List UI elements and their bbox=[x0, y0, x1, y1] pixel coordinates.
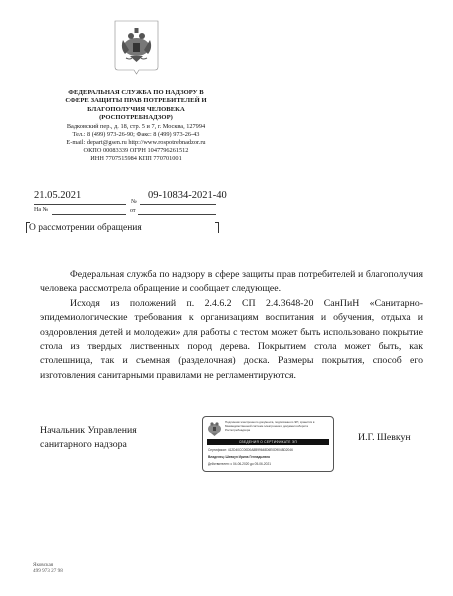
org-name: ФЕДЕРАЛЬНАЯ СЛУЖБА ПО НАДЗОРУ В СФЕРЕ ЗА… bbox=[40, 89, 232, 123]
org-contacts: Вадковский пер., д. 18, стр. 5 и 7, г. М… bbox=[40, 123, 232, 163]
email-label: E-mail: bbox=[66, 139, 86, 146]
russian-coat-of-arms-icon bbox=[114, 20, 159, 76]
electronic-signature-stamp: Подлинник электронного документа, подпис… bbox=[202, 416, 334, 472]
in-reply-label: На № bbox=[34, 207, 48, 213]
position-line: Начальник Управления bbox=[40, 424, 137, 438]
date-underline bbox=[34, 204, 126, 205]
document-date: 21.05.2021 bbox=[34, 190, 81, 201]
org-name-line: БЛАГОПОЛУЧИЯ ЧЕЛОВЕКА bbox=[40, 106, 232, 114]
document-number: 09-10834-2021-40 bbox=[148, 190, 227, 201]
number-label: № bbox=[131, 199, 137, 205]
signatory-name: И.Г. Шевкун bbox=[358, 432, 411, 443]
org-address: Вадковский пер., д. 18, стр. 5 и 7, г. М… bbox=[40, 123, 232, 131]
position-line: санитарного надзора bbox=[40, 438, 137, 452]
body-paragraph: Федеральная служба по надзору в сфере за… bbox=[40, 268, 423, 297]
stamp-validity: Действителен: с 04-06-2020 до 05-06-2021 bbox=[208, 462, 271, 466]
subject-bracket-right bbox=[215, 222, 219, 233]
org-okpo-ogrn: ОКПО 00083339 ОГРН 1047796261512 bbox=[40, 147, 232, 155]
stamp-emblem-icon bbox=[207, 420, 222, 437]
number-underline bbox=[140, 204, 216, 205]
stamp-certificate: Сертификат: 412D40CC00D0A8B99648D6E0D904… bbox=[208, 448, 293, 452]
signatory-position: Начальник Управления санитарного надзора bbox=[40, 424, 137, 451]
from-label: от bbox=[130, 208, 136, 214]
executor-phone: 499 973 27 98 bbox=[33, 568, 63, 574]
org-email-web: E-mail: depart@gsen.ru http://www.rospot… bbox=[40, 139, 232, 147]
email-link[interactable]: depart@gsen.ru bbox=[87, 139, 127, 146]
website-link[interactable]: http://www.rospotrebnadzor.ru bbox=[128, 139, 205, 146]
org-phone-fax: Тел.: 8 (499) 973-26-90; Факс: 8 (499) 9… bbox=[40, 131, 232, 139]
stamp-note: Подлинник электронного документа, подпис… bbox=[225, 421, 329, 432]
body-paragraph: Исходя из положений п. 2.4.6.2 СП 2.4.36… bbox=[40, 297, 423, 383]
letter-body: Федеральная служба по надзору в сфере за… bbox=[40, 268, 423, 383]
stamp-owner: Владелец: Шевкун Ирина Геннадьевна bbox=[208, 455, 270, 459]
in-reply-underline bbox=[52, 214, 126, 215]
org-name-line: СФЕРЕ ЗАЩИТЫ ПРАВ ПОТРЕБИТЕЛЕЙ И bbox=[40, 97, 232, 105]
from-underline bbox=[138, 214, 216, 215]
stamp-header: СВЕДЕНИЯ О СЕРТИФИКАТЕ ЭП bbox=[207, 439, 329, 445]
subject: О рассмотрении обращения bbox=[29, 223, 142, 233]
org-name-line: (РОСПОТРЕБНАДЗОР) bbox=[40, 114, 232, 122]
org-inn-kpp: ИНН 7707515984 КПП 770701001 bbox=[40, 155, 232, 163]
executor-info: Яковская 499 973 27 98 bbox=[33, 562, 63, 575]
